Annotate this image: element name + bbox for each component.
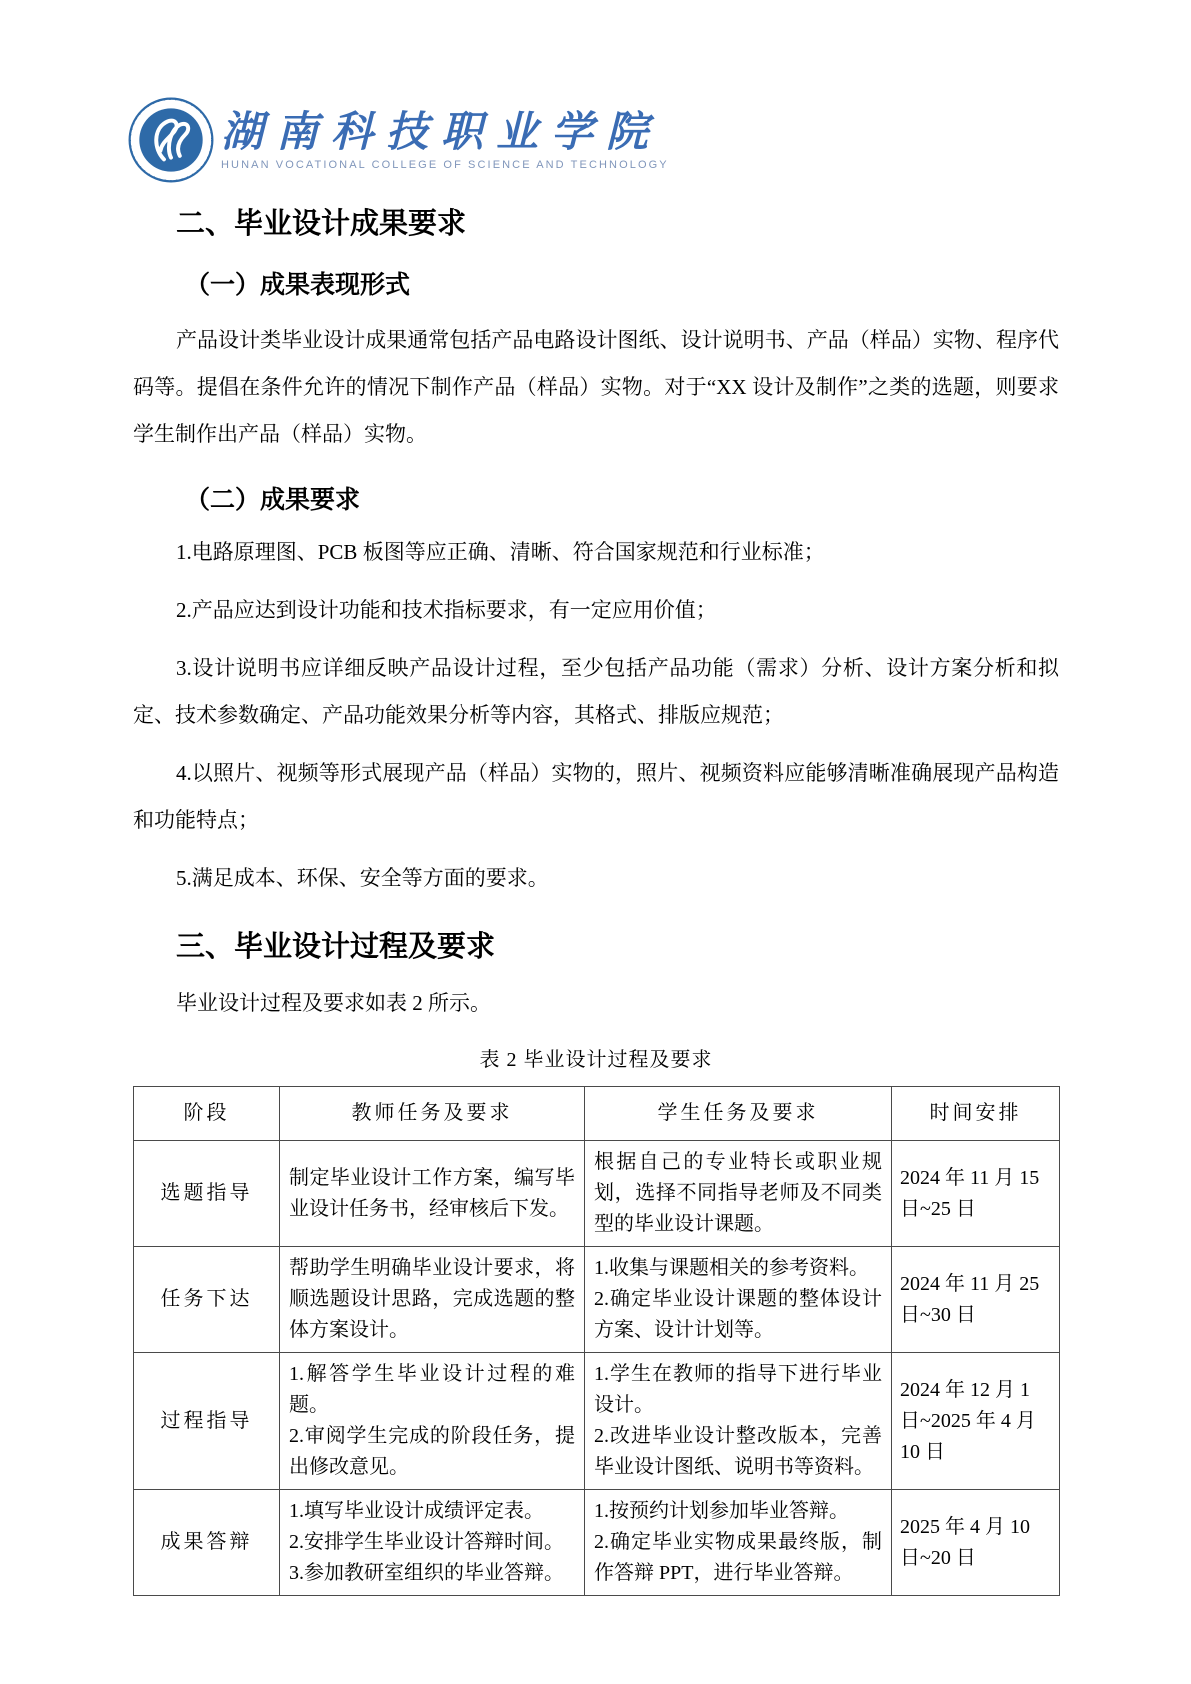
table-caption: 表 2 毕业设计过程及要求 <box>133 1043 1059 1072</box>
result-form-paragraph: 产品设计类毕业设计成果通常包括产品电路设计图纸、设计说明书、产品（样品）实物、程… <box>133 317 1059 458</box>
teacher-task-cell: 1.解答学生毕业设计过程的难题。 2.审阅学生完成的阶段任务，提出修改意见。 <box>280 1353 585 1490</box>
col-header-schedule: 时间安排 <box>892 1087 1060 1141</box>
table-row: 选题指导 制定毕业设计工作方案，编写毕业设计任务书，经审核后下发。 根据自己的专… <box>134 1141 1060 1247</box>
requirement-item-3: 3.设计说明书应详细反映产品设计过程，至少包括产品功能（需求）分析、设计方案分析… <box>133 645 1059 739</box>
table-row: 成果答辩 1.填写毕业设计成绩评定表。 2.安排学生毕业设计答辩时间。 3.参加… <box>134 1490 1060 1596</box>
student-task-cell: 1.按预约计划参加毕业答辩。 2.确定毕业实物成果最终版，制作答辩 PPT，进行… <box>585 1490 892 1596</box>
schedule-cell: 2024 年 11 月 15 日~25 日 <box>892 1141 1060 1247</box>
col-header-stage: 阶段 <box>134 1087 280 1141</box>
teacher-task-cell: 1.填写毕业设计成绩评定表。 2.安排学生毕业设计答辩时间。 3.参加教研室组织… <box>280 1490 585 1596</box>
table-row: 过程指导 1.解答学生毕业设计过程的难题。 2.审阅学生完成的阶段任务，提出修改… <box>134 1353 1060 1490</box>
process-requirements-table: 阶段 教师任务及要求 学生任务及要求 时间安排 选题指导 制定毕业设计工作方案，… <box>133 1086 1060 1596</box>
stage-cell: 选题指导 <box>134 1141 280 1247</box>
teacher-task-cell: 帮助学生明确毕业设计要求，将顺选题设计思路，完成选题的整体方案设计。 <box>280 1247 585 1353</box>
col-header-teacher-tasks: 教师任务及要求 <box>280 1087 585 1141</box>
sub-heading-result-requirements: （二）成果要求 <box>133 484 1059 518</box>
document-page: 湖南科技职业学院 HUNAN VOCATIONAL COLLEGE OF SCI… <box>0 0 1191 1684</box>
section-2-heading: 二、毕业设计成果要求 <box>133 205 1059 243</box>
stage-cell: 任务下达 <box>134 1247 280 1353</box>
college-logo: 湖南科技职业学院 HUNAN VOCATIONAL COLLEGE OF SCI… <box>127 95 1059 185</box>
process-intro-paragraph: 毕业设计过程及要求如表 2 所示。 <box>133 980 1059 1027</box>
college-logo-text: 湖南科技职业学院 HUNAN VOCATIONAL COLLEGE OF SCI… <box>221 109 669 171</box>
college-name-zh: 湖南科技职业学院 <box>221 109 669 157</box>
sub-heading-result-form: （一）成果表现形式 <box>133 269 1059 303</box>
table-row: 任务下达 帮助学生明确毕业设计要求，将顺选题设计思路，完成选题的整体方案设计。 … <box>134 1247 1060 1353</box>
student-task-cell: 根据自己的专业特长或职业规划，选择不同指导老师及不同类型的毕业设计课题。 <box>585 1141 892 1247</box>
requirement-item-4: 4.以照片、视频等形式展现产品（样品）实物的，照片、视频资料应能够清晰准确展现产… <box>133 750 1059 844</box>
schedule-cell: 2025 年 4 月 10 日~20 日 <box>892 1490 1060 1596</box>
section-3-heading: 三、毕业设计过程及要求 <box>133 928 1059 966</box>
requirement-item-2: 2.产品应达到设计功能和技术指标要求，有一定应用价值； <box>133 587 1059 634</box>
stage-cell: 过程指导 <box>134 1353 280 1490</box>
table-header-row: 阶段 教师任务及要求 学生任务及要求 时间安排 <box>134 1087 1060 1141</box>
stage-cell: 成果答辩 <box>134 1490 280 1596</box>
student-task-cell: 1.收集与课题相关的参考资料。 2.确定毕业设计课题的整体设计方案、设计计划等。 <box>585 1247 892 1353</box>
college-name-en: HUNAN VOCATIONAL COLLEGE OF SCIENCE AND … <box>221 159 669 171</box>
teacher-task-cell: 制定毕业设计工作方案，编写毕业设计任务书，经审核后下发。 <box>280 1141 585 1247</box>
document-content: 湖南科技职业学院 HUNAN VOCATIONAL COLLEGE OF SCI… <box>0 95 1191 1596</box>
college-emblem-icon <box>127 96 215 184</box>
col-header-student-tasks: 学生任务及要求 <box>585 1087 892 1141</box>
student-task-cell: 1.学生在教师的指导下进行毕业设计。 2.改进毕业设计整改版本，完善毕业设计图纸… <box>585 1353 892 1490</box>
requirement-item-5: 5.满足成本、环保、安全等方面的要求。 <box>133 855 1059 902</box>
schedule-cell: 2024 年 12 月 1 日~2025 年 4 月 10 日 <box>892 1353 1060 1490</box>
requirement-item-1: 1.电路原理图、PCB 板图等应正确、清晰、符合国家规范和行业标准； <box>133 529 1059 576</box>
schedule-cell: 2024 年 11 月 25 日~30 日 <box>892 1247 1060 1353</box>
